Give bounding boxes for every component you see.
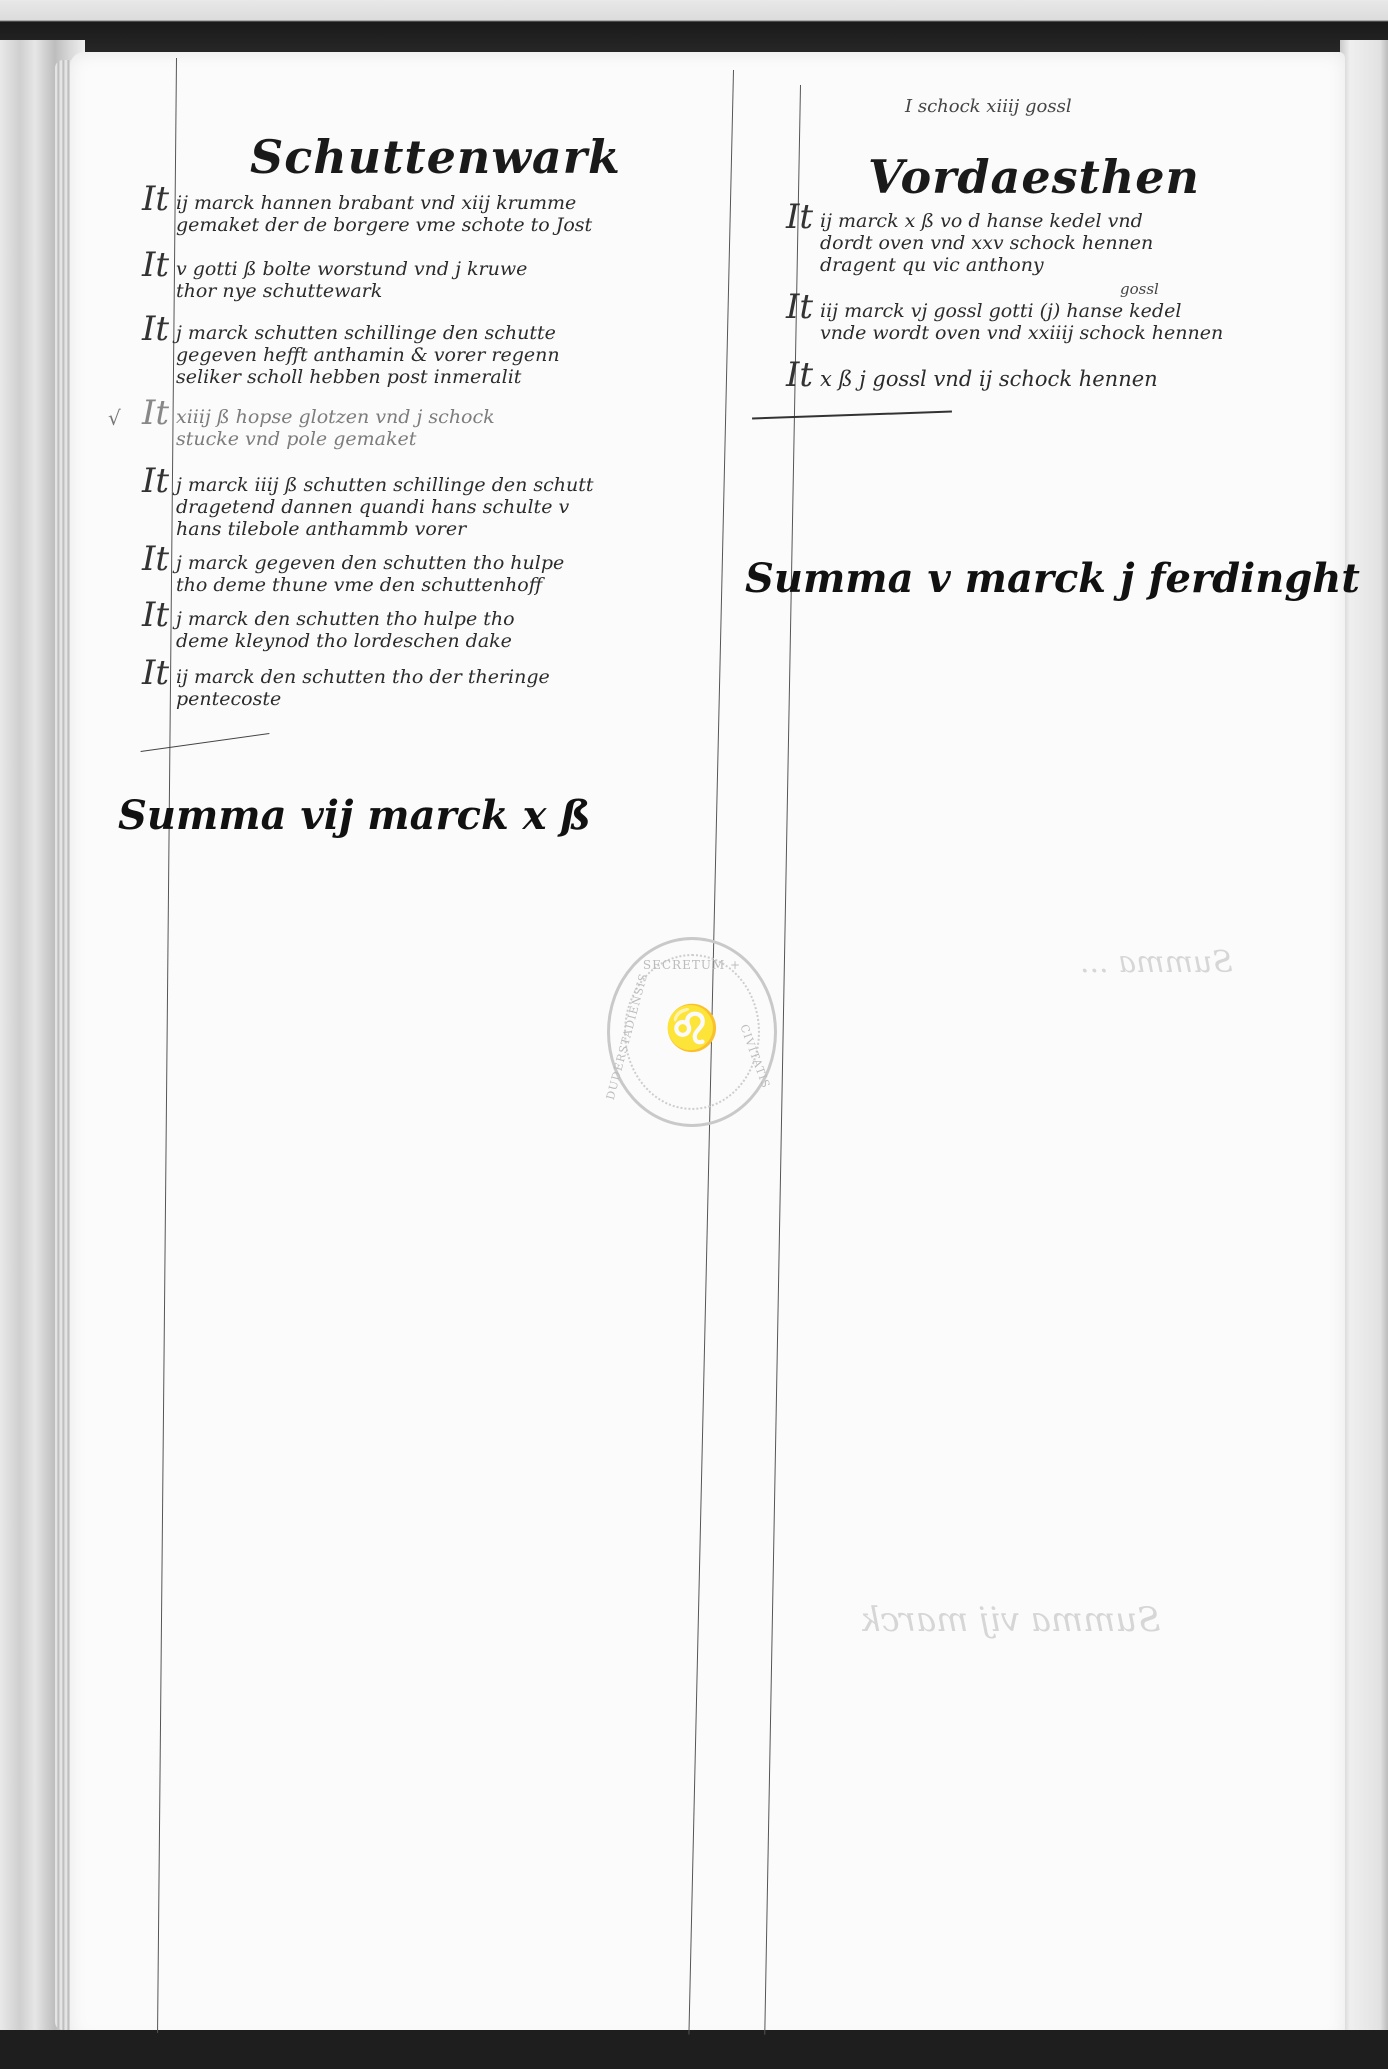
entry-line: j marck gegeven den schutten tho hulpe [176,552,564,574]
top-margin-note: I schock xiiij gossl [905,96,1072,117]
entry-line: j marck schutten schillinge den schutte [176,322,560,344]
entry-line: gemaket der de borgere vme schote to Jos… [176,214,592,236]
show-through-lower: Summa vij marck [860,1600,1161,1640]
item-mark: It [786,296,813,318]
entry-line: dragetend dannen quandi hans schulte v [176,496,594,518]
interlinear-note: gossl [1120,280,1159,298]
binding-bottom-shadow [0,2030,1388,2069]
entry-line: v gotti ß bolte worstund vnd j kruwe [176,258,527,280]
ledger-entry: It j marck iiij ß schutten schillinge de… [176,474,594,540]
right-column-title: Vordaesthen [868,150,1200,204]
item-mark: It [142,662,169,684]
entry-line: seliker scholl hebben post inmeralit [176,366,560,388]
ledger-entry: It iij marck vj gossl gotti (j) hanse ke… [820,300,1223,344]
item-mark: It [142,318,169,340]
archive-seal-stamp: SECRETUM + DUDERSTADIENSIS CIVITATIS ♌ [607,937,777,1127]
left-column-sum: Summa vij marck x ß [118,792,591,839]
entry-line: dordt oven vnd xxv schock hennen [820,232,1153,254]
entry-line: ij marck x ß vo d hanse kedel vnd [820,210,1153,232]
item-mark: It [786,364,813,386]
ledger-entry: It j marck gegeven den schutten tho hulp… [176,552,564,596]
entry-line: vnde wordt oven vnd xxiiij schock hennen [820,322,1223,344]
entry-line: x ß j gossl vnd ij schock hennen [820,368,1158,390]
item-mark: It [142,254,169,276]
ledger-entry: It v gotti ß bolte worstund vnd j kruwe … [176,258,527,302]
entry-line: ij marck den schutten tho der theringe [176,666,550,688]
entry-line: j marck den schutten tho hulpe tho [176,608,515,630]
left-column-title: Schuttenwark [250,130,621,184]
ledger-entry: It j marck den schutten tho hulpe tho de… [176,608,515,652]
adjacent-page-edge [1340,40,1388,2035]
ledger-entry: It x ß j gossl vnd ij schock hennen [820,368,1158,390]
item-mark: It [786,206,813,228]
entry-line: hans tilebole anthammb vorer [176,518,594,540]
margin-check-mark: √ [108,406,121,430]
item-mark: It [142,470,169,492]
ledger-entry: It j marck schutten schillinge den schut… [176,322,560,388]
lion-icon: ♌ [610,1002,774,1054]
item-mark: It [142,402,169,424]
entry-line: iij marck vj gossl gotti (j) hanse kedel [820,300,1223,322]
entry-line: ij marck hannen brabant vnd xiij krumme [176,192,592,214]
entry-line: xiiij ß hopse glotzen vnd j schock [176,406,495,428]
seal-text-top: SECRETUM + [610,958,774,972]
item-mark: It [142,188,169,210]
ledger-entry: It ij marck hannen brabant vnd xiij krum… [176,192,592,236]
entry-line: stucke vnd pole gemaket [176,428,495,450]
entry-line: dragent qu vic anthony [820,254,1153,276]
entry-line: thor nye schuttewark [176,280,527,302]
item-mark: It [142,604,169,626]
item-mark: It [142,548,169,570]
ledger-entry: It ij marck den schutten tho der thering… [176,666,550,710]
entry-line: pentecoste [176,688,550,710]
entry-line: deme kleynod tho lordeschen dake [176,630,515,652]
entry-line: j marck iiij ß schutten schillinge den s… [176,474,594,496]
right-column-sum: Summa v marck j ferdinght [745,555,1360,602]
entry-line: gegeven hefft anthamin & vorer regenn [176,344,560,366]
show-through-upper: Summa ... [1080,945,1233,980]
ledger-entry: It ij marck x ß vo d hanse kedel vnd dor… [820,210,1153,276]
entry-line: tho deme thune vme den schuttenhoff [176,574,564,596]
ledger-entry-faded: It xiiij ß hopse glotzen vnd j schock st… [176,406,495,450]
